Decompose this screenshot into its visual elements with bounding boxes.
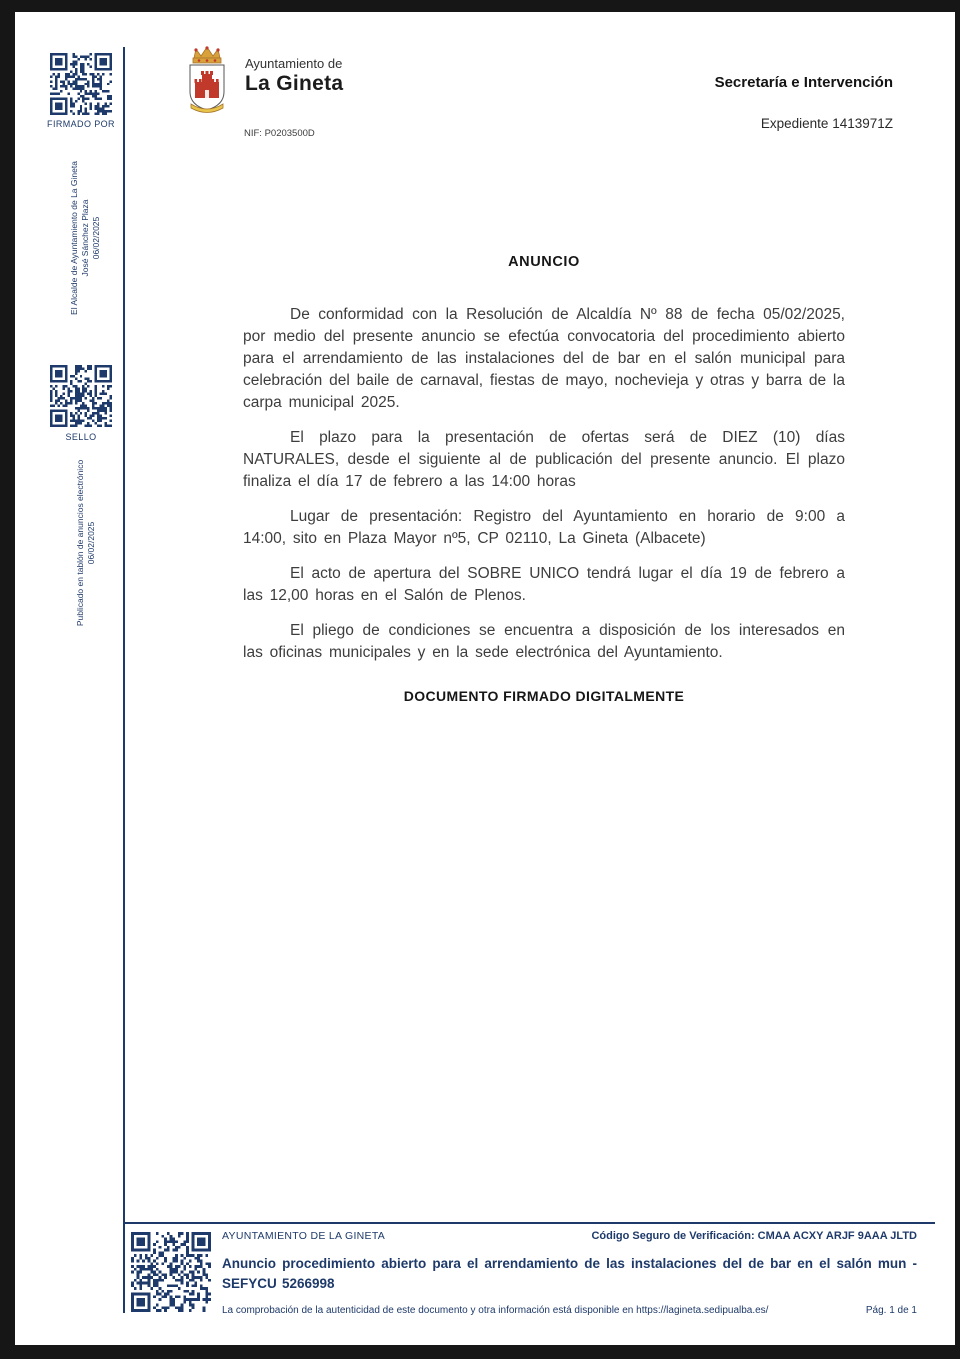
org-prefix: Ayuntamiento de [245, 56, 343, 71]
footer-verification-note: La comprobación de la autenticidad de es… [222, 1305, 768, 1316]
expediente-number: Expediente 1413971Z [493, 116, 893, 131]
footer-page-number: Pág. 1 de 1 [866, 1305, 917, 1316]
org-nif: NIF: P0203500D [244, 128, 315, 139]
document-body: ANUNCIO De conformidad con la Resolución… [243, 254, 845, 704]
municipal-coat-of-arms-icon [178, 44, 236, 116]
paragraph: De conformidad con la Resolución de Alca… [243, 304, 845, 414]
document-page-background: { "colors": { "navy": "#1e3a6a", "body_t… [0, 0, 960, 1359]
seal-details-rotated: Publicado en tablón de anuncios electrón… [75, 444, 97, 642]
signer-name: José Sánchez Plaza [80, 142, 91, 334]
document-page: FIRMADO POR El Alcalde de Ayuntamiento d… [15, 12, 955, 1345]
footer: AYUNTAMIENTO DE LA GINETA Código Seguro … [222, 1230, 917, 1316]
digitally-signed-note: DOCUMENTO FIRMADO DIGITALMENTE [243, 688, 845, 704]
signed-by-label: FIRMADO POR [23, 119, 139, 129]
qr-code-verification [131, 1232, 211, 1312]
department-title: Secretaría e Intervención [493, 74, 893, 91]
paragraph: El plazo para la presentación de ofertas… [243, 427, 845, 493]
org-name: La Gineta [245, 72, 343, 96]
department-block: Secretaría e Intervención Expediente 141… [493, 74, 893, 131]
signature-date: 06/02/2025 [91, 142, 102, 334]
paragraph: Lugar de presentación: Registro del Ayun… [243, 506, 845, 550]
footer-header-row: AYUNTAMIENTO DE LA GINETA Código Seguro … [222, 1230, 917, 1242]
signer-role: El Alcalde de Ayuntamiento de La Gineta [69, 142, 80, 334]
signature-details-rotated: El Alcalde de Ayuntamiento de La Gineta … [69, 142, 102, 334]
footer-bottom-row: La comprobación de la autenticidad de es… [222, 1305, 917, 1316]
qr-code-signature [50, 53, 112, 115]
seal-description: Publicado en tablón de anuncios electrón… [75, 444, 86, 642]
announcement-title: ANUNCIO [243, 254, 845, 270]
footer-document-title: Anuncio procedimiento abierto para el ar… [222, 1254, 917, 1294]
footer-verification-code: Código Seguro de Verificación: CMAA ACXY… [591, 1230, 917, 1242]
paragraph: El pliego de condiciones se encuentra a … [243, 620, 845, 664]
qr-code-seal [50, 365, 112, 427]
footer-top-rule [123, 1222, 935, 1224]
sidebar-divider-line [123, 47, 125, 1313]
footer-org-name: AYUNTAMIENTO DE LA GINETA [222, 1230, 385, 1242]
paragraph: El acto de apertura del SOBRE UNICO tend… [243, 563, 845, 607]
seal-label: SELLO [23, 432, 139, 442]
organization-block: Ayuntamiento de La Gineta [245, 56, 343, 96]
seal-date: 06/02/2025 [86, 444, 97, 642]
